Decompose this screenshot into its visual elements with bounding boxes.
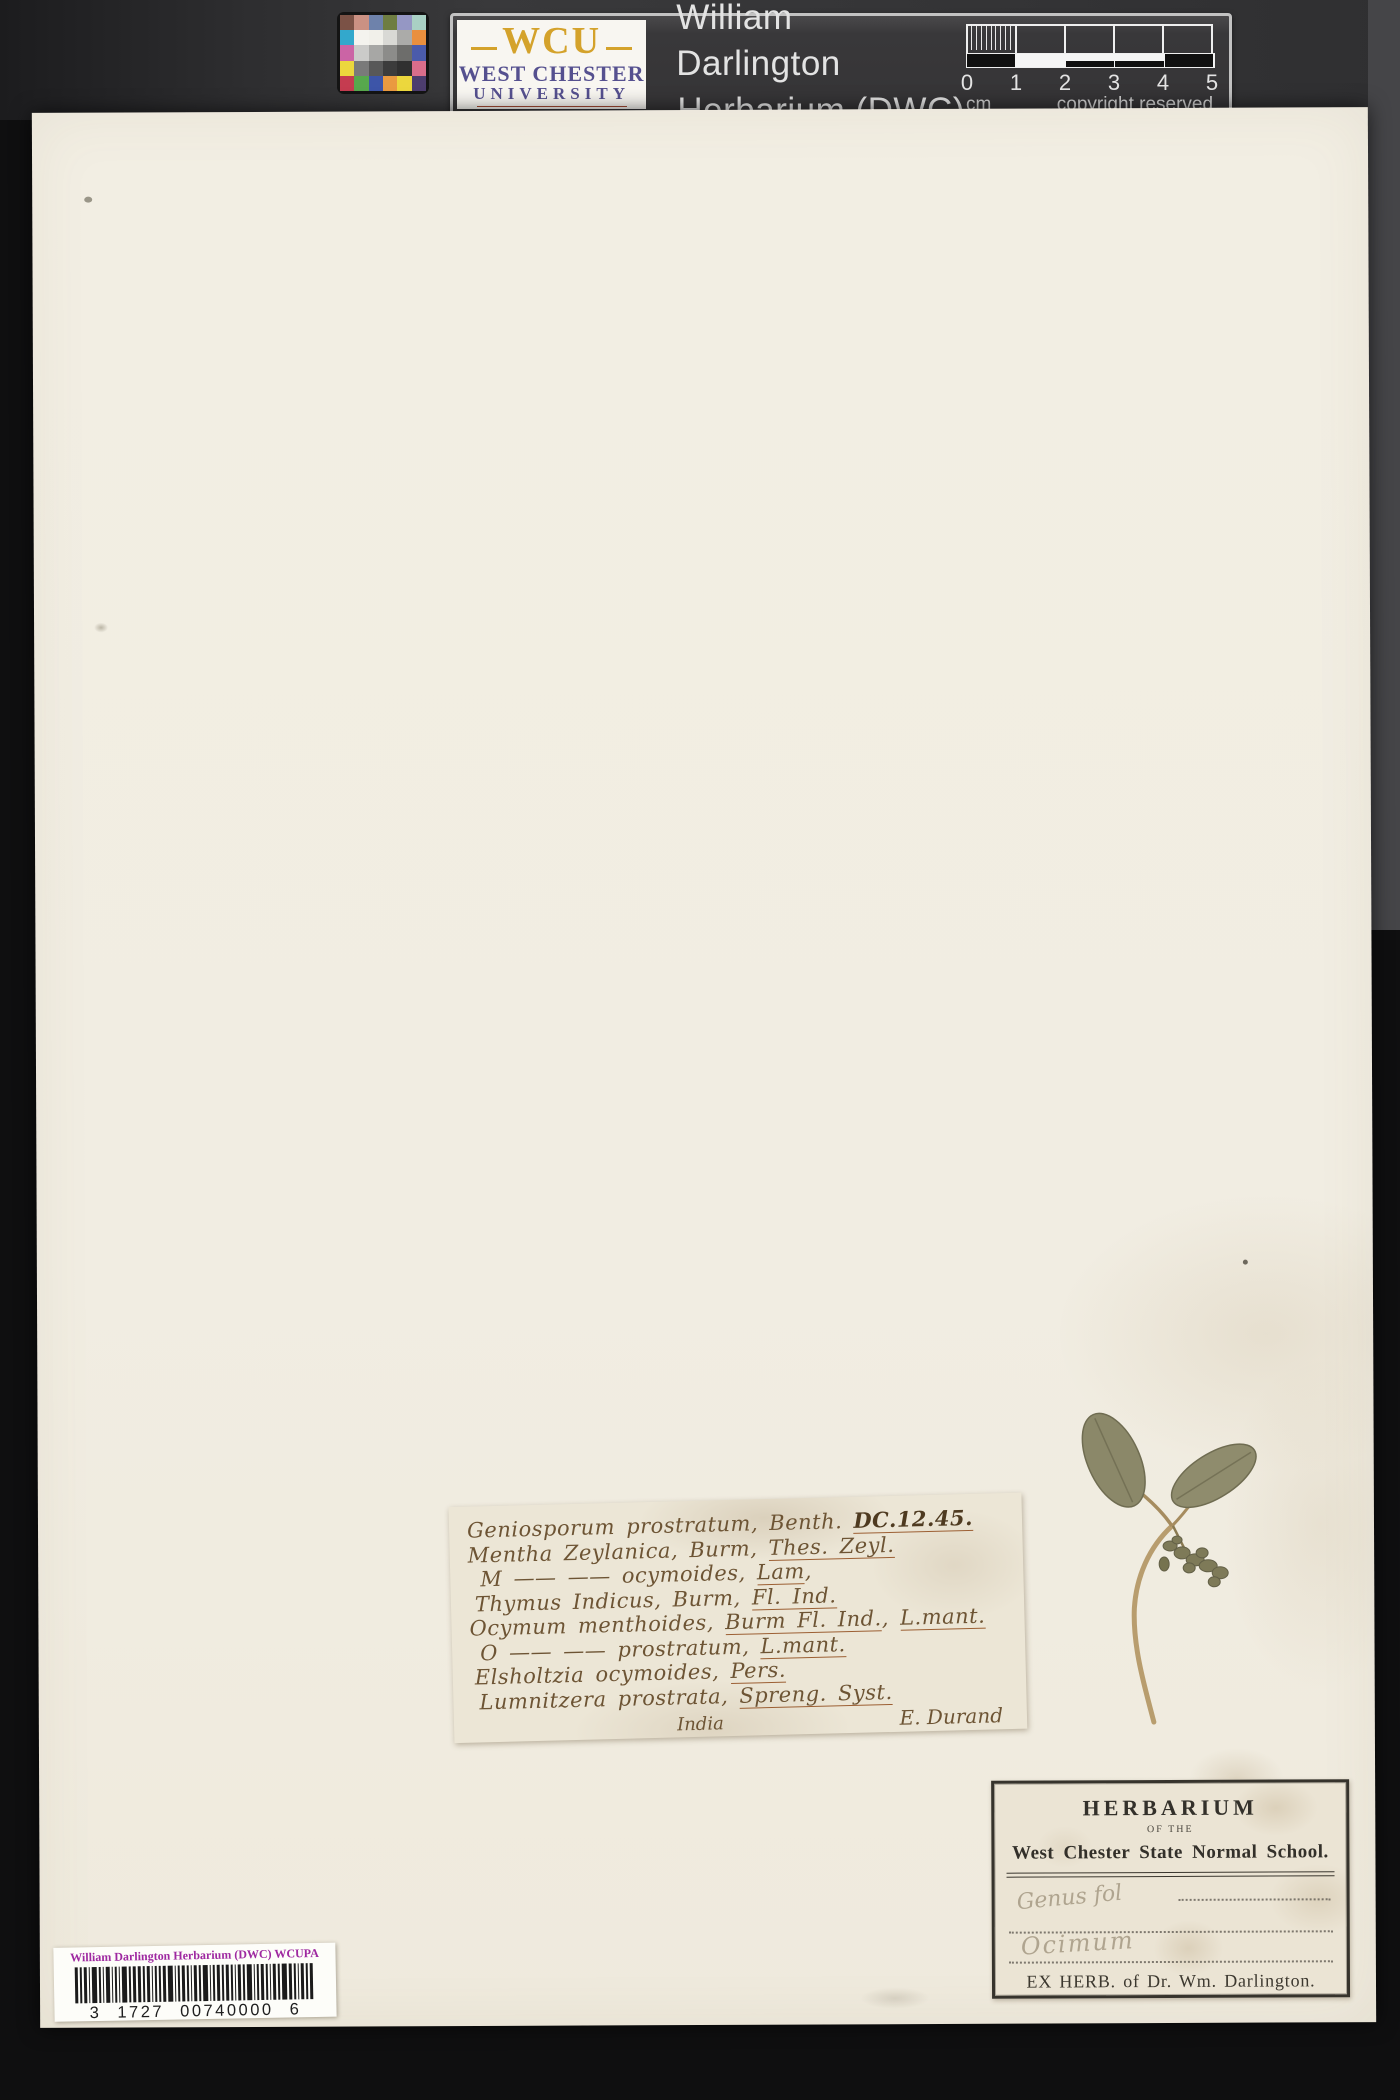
wcu-name-line1: WEST CHESTER (459, 62, 645, 85)
annotation-text-segment: Thes. Zeyl. (768, 1532, 894, 1560)
institution-label-title: HERBARIUM (1006, 1794, 1334, 1821)
ruler-tick-label: 2 (1059, 70, 1071, 96)
barcode-bar (253, 1964, 255, 2000)
ruler-tick-label: 1 (1010, 70, 1022, 96)
barcode-bar (234, 1964, 236, 2000)
dotted-field-line (1179, 1898, 1331, 1901)
barcode-bar (190, 1965, 192, 2001)
mm-tick (991, 26, 992, 50)
color-chip (397, 15, 411, 30)
barcode-bar (301, 1963, 305, 1999)
mm-tick (981, 26, 982, 50)
color-calibration-chart (337, 12, 429, 94)
ruler-tick-label: 4 (1157, 70, 1169, 96)
ruler-tick-label: 5 (1206, 70, 1218, 96)
wcu-logo: WCU WEST CHESTER UNIVERSITY (457, 20, 646, 109)
barcode-bar (289, 1963, 293, 1999)
barcode-bar (118, 1967, 120, 2003)
color-chip (340, 61, 354, 76)
barcode-bar (132, 1966, 136, 2002)
barcode-bar (138, 1966, 142, 2002)
wcu-gold-rule-left (471, 47, 497, 50)
color-chip (412, 45, 426, 60)
color-chip (412, 30, 426, 45)
color-chip (369, 61, 383, 76)
color-chip (397, 45, 411, 60)
wcu-acronym-row: WCU (471, 22, 632, 60)
cm-tick (966, 26, 968, 53)
herbarium-sheet: Geniosporum prostratum, Benth. DC.12.45.… (32, 107, 1376, 2028)
barcode-bar (257, 1964, 259, 2000)
barcode-bar (261, 1964, 265, 2000)
barcode-bar (273, 1964, 277, 2000)
ruler-tick-label: 0 (961, 70, 973, 96)
barcode-bar (92, 1967, 97, 2003)
barcode-bar (83, 1967, 87, 2003)
mm-tick (1005, 26, 1006, 50)
barcode-bar (75, 1967, 79, 2003)
color-chip (354, 45, 368, 60)
barcode-bar (106, 1967, 110, 2003)
cm-tick (1211, 26, 1213, 53)
barcode-bar (306, 1963, 308, 1999)
ruler-ticks (966, 24, 1213, 53)
photo-table-right-band (1368, 0, 1400, 930)
barcode-bar (231, 1965, 233, 2001)
wcu-gold-rule-right (606, 47, 632, 50)
barcode-bar (213, 1965, 215, 2001)
pressed-plant-specimen (1051, 1396, 1262, 1727)
annotation-text-segment: Burm Fl. Ind. (725, 1606, 882, 1635)
barcode-number: 3 1727 00740000 6 (62, 2000, 328, 2024)
color-chip (383, 76, 397, 91)
barcode-bar (278, 1964, 280, 2000)
paper-stain (860, 1987, 930, 2009)
annotation-text-segment: Fl. Ind. (752, 1583, 837, 1610)
color-chip (354, 30, 368, 45)
color-chip (340, 30, 354, 45)
color-chip (340, 45, 354, 60)
barcode-bar (143, 1966, 145, 2002)
barcode-bar (178, 1966, 180, 2002)
barcode-bar (243, 1964, 245, 2000)
ex-herb-credit: EX HERB. of Dr. Wm. Darlington. (1007, 1970, 1335, 1992)
ruler-bar-segment (1165, 54, 1214, 67)
barcode-bar (187, 1965, 189, 2001)
wcu-name-line2: UNIVERSITY (473, 85, 630, 104)
barcode-bar (80, 1967, 82, 2003)
color-chip (412, 61, 426, 76)
mm-tick (1000, 26, 1001, 50)
barcode-bar (209, 1965, 211, 2001)
barcode-bar (222, 1965, 224, 2001)
color-chip (340, 76, 354, 91)
barcode-bar (294, 1963, 296, 1999)
institution-label: HERBARIUM OF THE West Chester State Norm… (991, 1779, 1350, 1999)
color-chip (397, 30, 411, 45)
ruler-bar-segment (1016, 54, 1065, 67)
cm-tick (1113, 26, 1115, 53)
plant-stem (1134, 1526, 1173, 1722)
color-chip (383, 15, 397, 30)
ruler-bar (966, 53, 1215, 68)
barcode-bar (194, 1965, 198, 2001)
mm-tick (971, 26, 972, 50)
herbarium-photograph-stage: WCU WEST CHESTER UNIVERSITY William Darl… (0, 0, 1400, 2100)
plant-petiole-left (1140, 1492, 1172, 1526)
barcode-bar (111, 1967, 113, 2003)
cm-tick (1064, 26, 1066, 53)
barcode-bar (168, 1966, 173, 2002)
barcode-bar (266, 1964, 268, 2000)
barcode-bar (310, 1963, 314, 1999)
locality-note: India (677, 1713, 724, 1735)
barcode-bar (238, 1964, 242, 2000)
color-chip (354, 76, 368, 91)
scale-ruler: 012345 cm copyright reserved (966, 16, 1217, 113)
barcode-bar (159, 1966, 161, 2002)
barcode-bar (174, 1966, 176, 2002)
barcode-bar (247, 1964, 252, 2000)
barcode-bar (115, 1967, 117, 2003)
wcu-underline (477, 106, 627, 107)
color-chip (354, 61, 368, 76)
institution-label-fields: Genus fol Ocimum (1007, 1876, 1335, 1969)
annotation-text-segment: Lam (757, 1559, 806, 1585)
annotation-text-segment: , (881, 1606, 900, 1630)
barcode-bar (199, 1965, 201, 2001)
color-chip (383, 30, 397, 45)
cm-tick (1015, 26, 1017, 53)
barcode-bar (155, 1966, 157, 2002)
ruler-tick-label: 3 (1108, 70, 1120, 96)
barcode-bar (282, 1964, 287, 2000)
wcu-acronym: WCU (502, 22, 601, 60)
mm-tick (1010, 26, 1011, 50)
institution-label-subtitle: OF THE (1006, 1823, 1334, 1835)
barcode-bar (102, 1967, 104, 2003)
annotation-text-segment: Pers. (730, 1658, 786, 1684)
color-chip (369, 76, 383, 91)
color-chip (397, 76, 411, 91)
barcode-bar (297, 1963, 299, 1999)
barcode-bar (129, 1966, 131, 2002)
ruler-bar-segment (1115, 54, 1164, 67)
cm-tick (1162, 26, 1164, 53)
color-chip (412, 76, 426, 91)
herbarium-banner-plate: WCU WEST CHESTER UNIVERSITY William Darl… (450, 13, 1232, 116)
barcode-bar (146, 1966, 150, 2002)
mm-tick (995, 26, 996, 50)
pencil-note-genus: Genus fol (1016, 1881, 1123, 1916)
collector-signature: E. Durand (899, 1703, 1003, 1730)
barcode-bar (203, 1965, 208, 2001)
paper-speck (84, 197, 92, 203)
paper-stain (94, 623, 108, 633)
institution-name: West Chester State Normal School. (1006, 1841, 1334, 1864)
color-chip (354, 15, 368, 30)
paper-speck (1243, 1260, 1248, 1265)
color-chip (383, 45, 397, 60)
barcode-bar (217, 1965, 221, 2001)
color-chip (412, 15, 426, 30)
barcode-bar (88, 1967, 90, 2003)
annotation-text-segment: L.mant. (900, 1604, 986, 1631)
annotation-text-segment: DC.12.45. (853, 1505, 973, 1534)
specimen-annotation-label: Geniosporum prostratum, Benth. DC.12.45.… (449, 1493, 1028, 1743)
barcode-bar (225, 1965, 229, 2001)
plant-leaf-right (1161, 1432, 1262, 1520)
banner-title: William Darlington Herbarium (DWC) (676, 16, 966, 113)
barcode-bar (162, 1966, 166, 2002)
color-chip (397, 61, 411, 76)
plant-inflorescence (1159, 1536, 1228, 1587)
annotation-text-segment: L.mant. (760, 1632, 846, 1659)
barcode-bar (99, 1967, 101, 2003)
color-chip (369, 45, 383, 60)
barcode-bar (152, 1966, 154, 2002)
mm-tick (986, 26, 987, 50)
ruler-numbers: 012345 (966, 68, 1213, 94)
annotation-text-segment: Spreng. Syst. (739, 1679, 893, 1708)
color-chip (369, 15, 383, 30)
color-chip (369, 30, 383, 45)
annotation-text-segment: , (804, 1559, 812, 1583)
color-chip (340, 15, 354, 30)
annotation-text-segment: Lumnitzera prostrata, (479, 1683, 740, 1714)
barcode (62, 1963, 329, 2004)
color-chip (383, 61, 397, 76)
annotation-lines: Geniosporum prostratum, Benth. DC.12.45.… (467, 1505, 1009, 1715)
dotted-field-line (1009, 1960, 1333, 1963)
ruler-bar-segment (967, 54, 1016, 67)
barcode-bar (269, 1964, 271, 2000)
banner-title-line1: William Darlington (676, 0, 966, 88)
barcode-bar (122, 1966, 127, 2002)
barcode-bar (182, 1965, 186, 2001)
mm-tick (976, 26, 977, 50)
barcode-label: William Darlington Herbarium (DWC) WCUPA… (53, 1943, 336, 2022)
pencil-note-ocimum: Ocimum (1020, 1926, 1135, 1960)
ruler-bar-segment (1066, 54, 1115, 67)
